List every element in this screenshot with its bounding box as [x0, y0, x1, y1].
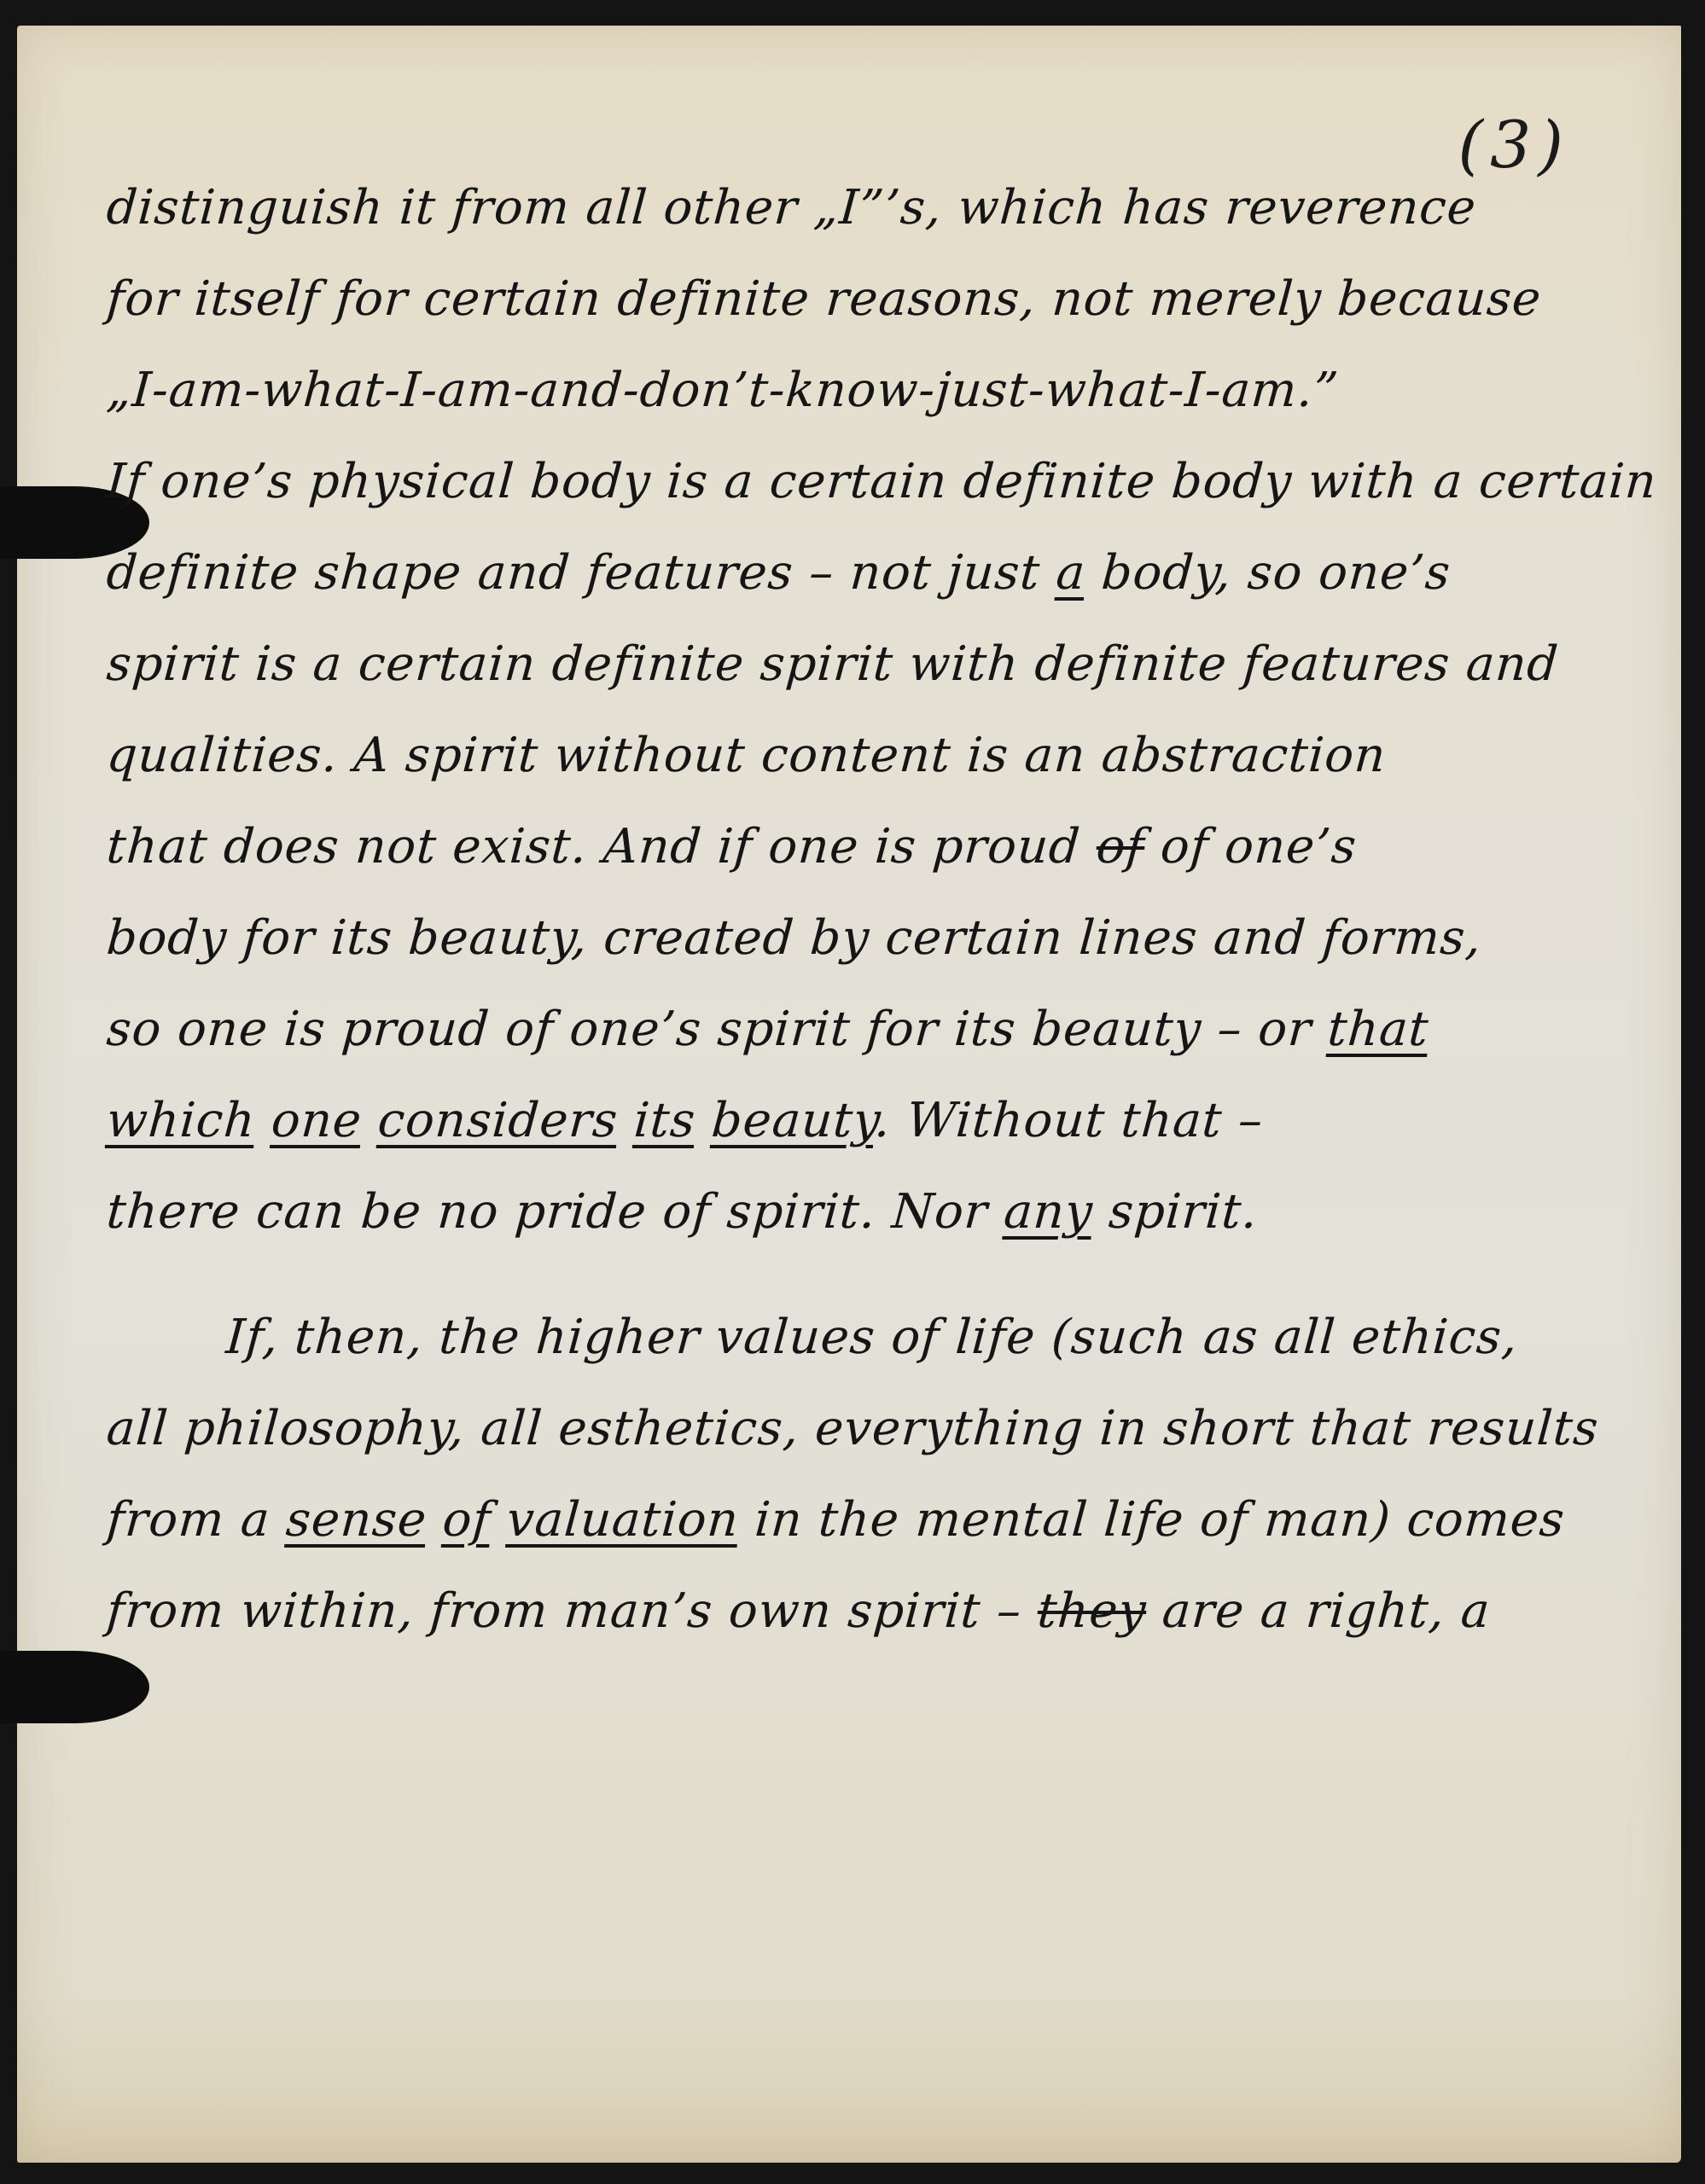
handwritten-text: distinguish it from all other „I”’s, whi… — [107, 162, 1634, 1657]
text-segment: that does not exist. And if one is proud — [105, 819, 1098, 874]
text-segment: so one is proud of one’s spirit for its … — [105, 1002, 1330, 1057]
text-line: body for its beauty, created by certain … — [103, 892, 1637, 984]
text-segment: . Without that – — [873, 1093, 1266, 1148]
text-segment: in the mental life of man) comes — [737, 1492, 1568, 1548]
punch-hole — [0, 1651, 149, 1723]
text-line: qualities. A spirit without content is a… — [103, 710, 1637, 801]
underlined-word: sense — [284, 1492, 428, 1548]
text-line: so one is proud of one’s spirit for its … — [103, 984, 1637, 1075]
text-segment: from a — [105, 1492, 288, 1548]
manuscript-page: (3) distinguish it from all other „I”’s,… — [17, 26, 1681, 2163]
text-segment: there can be no pride of spirit. Nor — [105, 1184, 1006, 1240]
text-segment: from within, from man’s own spirit – — [105, 1583, 1039, 1639]
underlined-word: one — [270, 1093, 364, 1148]
text-line: there can be no pride of spirit. Nor any… — [103, 1166, 1637, 1258]
text-line: for itself for certain definite reasons,… — [103, 253, 1637, 345]
text-segment: definite shape and features – not just — [105, 545, 1058, 601]
underlined-word: its — [632, 1093, 698, 1148]
underlined-word: of — [441, 1492, 493, 1548]
text-line: If, then, the higher values of life (suc… — [103, 1292, 1637, 1383]
underlined-word: which — [105, 1093, 258, 1148]
underlined-word: any — [1002, 1184, 1095, 1240]
text-line: from within, from man’s own spirit – the… — [103, 1565, 1637, 1657]
underlined-word: that — [1326, 1002, 1431, 1057]
underlined-word: a — [1054, 545, 1087, 601]
text-line: which one considers its beauty. Without … — [103, 1075, 1637, 1166]
text-line: definite shape and features – not just a… — [103, 527, 1637, 619]
text-line: If one’s physical body is a certain defi… — [103, 436, 1637, 527]
text-line: „I-am-what-I-am-and-don’t-know-just-what… — [103, 345, 1637, 436]
text-line: spirit is a certain definite spirit with… — [103, 619, 1637, 710]
text-line: distinguish it from all other „I”’s, whi… — [103, 162, 1637, 253]
text-segment: of one’s — [1143, 819, 1359, 874]
underlined-word: valuation — [505, 1492, 741, 1548]
text-segment: spirit. — [1091, 1184, 1260, 1240]
text-segment: body, so one’s — [1084, 545, 1452, 601]
underlined-word: beauty — [710, 1093, 877, 1148]
text-line: that does not exist. And if one is proud… — [103, 801, 1637, 892]
text-line: all philosophy, all esthetics, everythin… — [103, 1383, 1637, 1474]
text-line: from a sense of valuation in the mental … — [103, 1474, 1637, 1565]
struck-word: they — [1036, 1583, 1149, 1639]
text-segment: are a right, a — [1144, 1583, 1493, 1639]
underlined-word: considers — [376, 1093, 620, 1148]
struck-word: of — [1095, 819, 1147, 874]
